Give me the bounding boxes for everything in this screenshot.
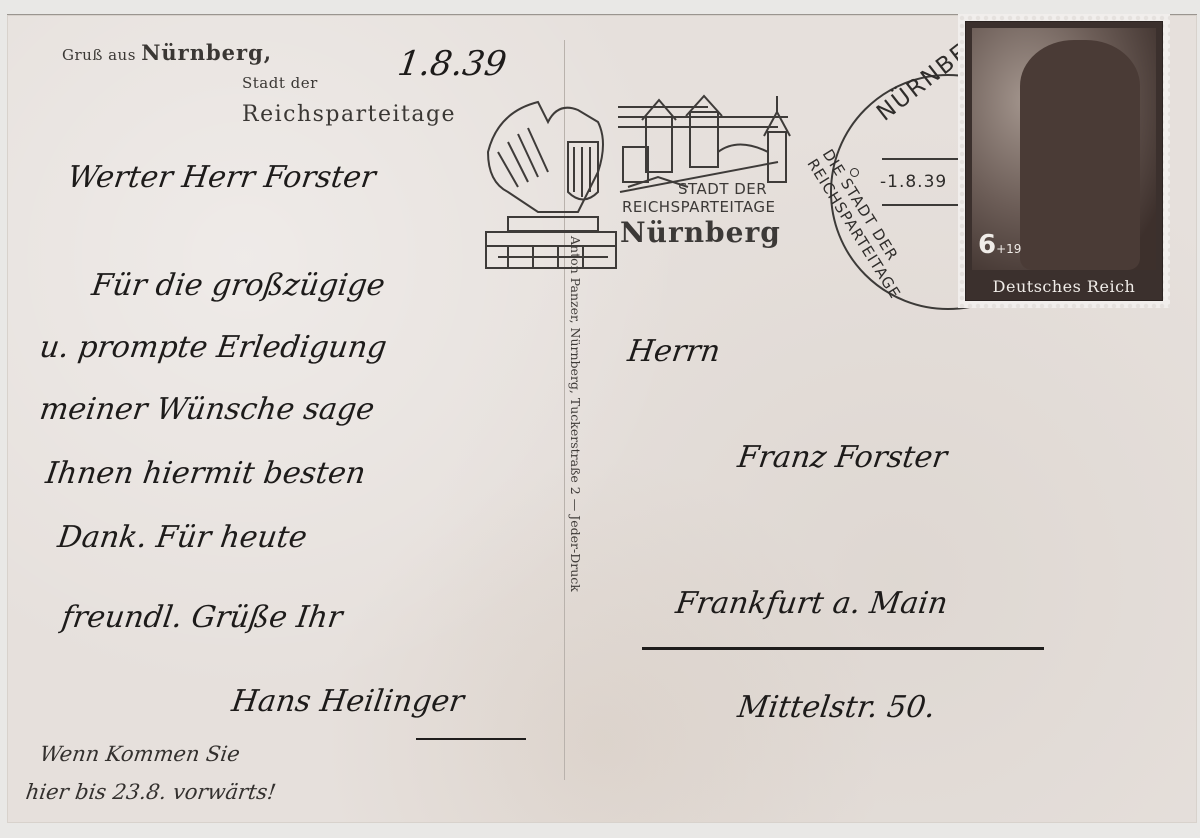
address-salutation: Herrn: [626, 334, 723, 369]
address-street: Mittelstr. 50.: [736, 690, 938, 725]
message-line: Ihnen hiermit besten: [44, 456, 368, 491]
message-salutation: Werter Herr Forster: [66, 160, 378, 195]
message-line: freundl. Grüße Ihr: [60, 600, 345, 635]
address-city: Frankfurt a. Main: [674, 586, 950, 621]
handwritten-date: 1.8.39: [395, 44, 509, 84]
printed-subtitle-2: Reichsparteitage: [242, 102, 456, 127]
slogan-line-2: REICHSPARTEITAGE: [622, 198, 775, 216]
signature-underline: [416, 738, 526, 740]
message-line: Dank. Für heute: [56, 520, 310, 555]
stamp-surcharge: +19: [996, 242, 1021, 256]
address-city-underline: [642, 647, 1044, 650]
signature: Hans Heilinger: [230, 684, 467, 719]
slogan-city: Nürnberg: [620, 216, 781, 249]
slogan-cancellation: STADT DER REICHSPARTEITAGE Nürnberg: [478, 92, 794, 272]
postscript-line: hier bis 23.8. vorwärts!: [24, 780, 277, 804]
postage-stamp: 6+19 Deutsches Reich: [958, 14, 1170, 308]
stamp-value-number: 6: [978, 230, 996, 260]
message-line: u. prompte Erledigung: [38, 330, 389, 365]
printer-imprint: Anton Panzer, Nürnberg, Tuckerstraße 2 —…: [568, 236, 583, 592]
stamp-country: Deutsches Reich: [966, 277, 1162, 296]
city-skyline-icon: [618, 96, 790, 192]
postmark-date: -1.8.39: [880, 172, 947, 192]
printed-greeting: Gruß aus Nürnberg,: [62, 40, 272, 65]
stamp-value: 6+19: [978, 230, 1021, 260]
stamp-image: 6+19 Deutsches Reich: [965, 21, 1163, 301]
printed-subtitle: Stadt der: [242, 74, 318, 92]
greeting-prefix: Gruß aus: [62, 46, 136, 64]
greeting-city: Nürnberg,: [141, 40, 272, 65]
postscript-line: Wenn Kommen Sie: [38, 742, 241, 766]
message-line: Für die großzügige: [90, 268, 388, 303]
address-name: Franz Forster: [736, 440, 950, 475]
message-line: meiner Wünsche sage: [38, 392, 377, 427]
stamp-figure: [1020, 40, 1140, 270]
slogan-line-1: STADT DER: [678, 180, 767, 198]
